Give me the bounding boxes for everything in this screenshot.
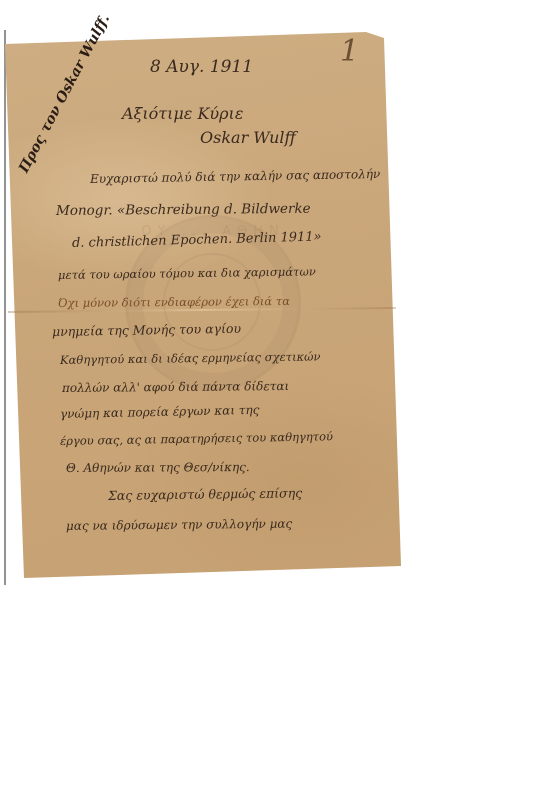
body-line-8: πολλών αλλ' αφού διά πάντα δίδεται xyxy=(62,379,289,395)
body-line-2: Monogr. «Beschreibung d. Bildwerke xyxy=(56,201,311,219)
page-number: 1 xyxy=(340,34,359,69)
body-line-12: Σας ευχαριστώ θερμώς επίσης xyxy=(108,485,302,503)
blank-scan-margin xyxy=(0,590,549,800)
salutation-line-1: Αξιότιμε Κύριε xyxy=(122,104,243,123)
body-line-13: μας να ιδρύσωμεν την συλλογήν μας xyxy=(66,517,292,533)
body-line-11: Θ. Αθηνών και της Θεσ/νίκης. xyxy=(66,460,250,475)
scanner-edge-line xyxy=(4,30,6,585)
body-line-5: Όχι μόνον διότι ενδιαφέρον έχει διά τα xyxy=(58,294,290,310)
letter-date: 8 Αυγ. 1911 xyxy=(150,57,253,77)
salutation-line-2: Oskar Wulff xyxy=(200,128,296,147)
